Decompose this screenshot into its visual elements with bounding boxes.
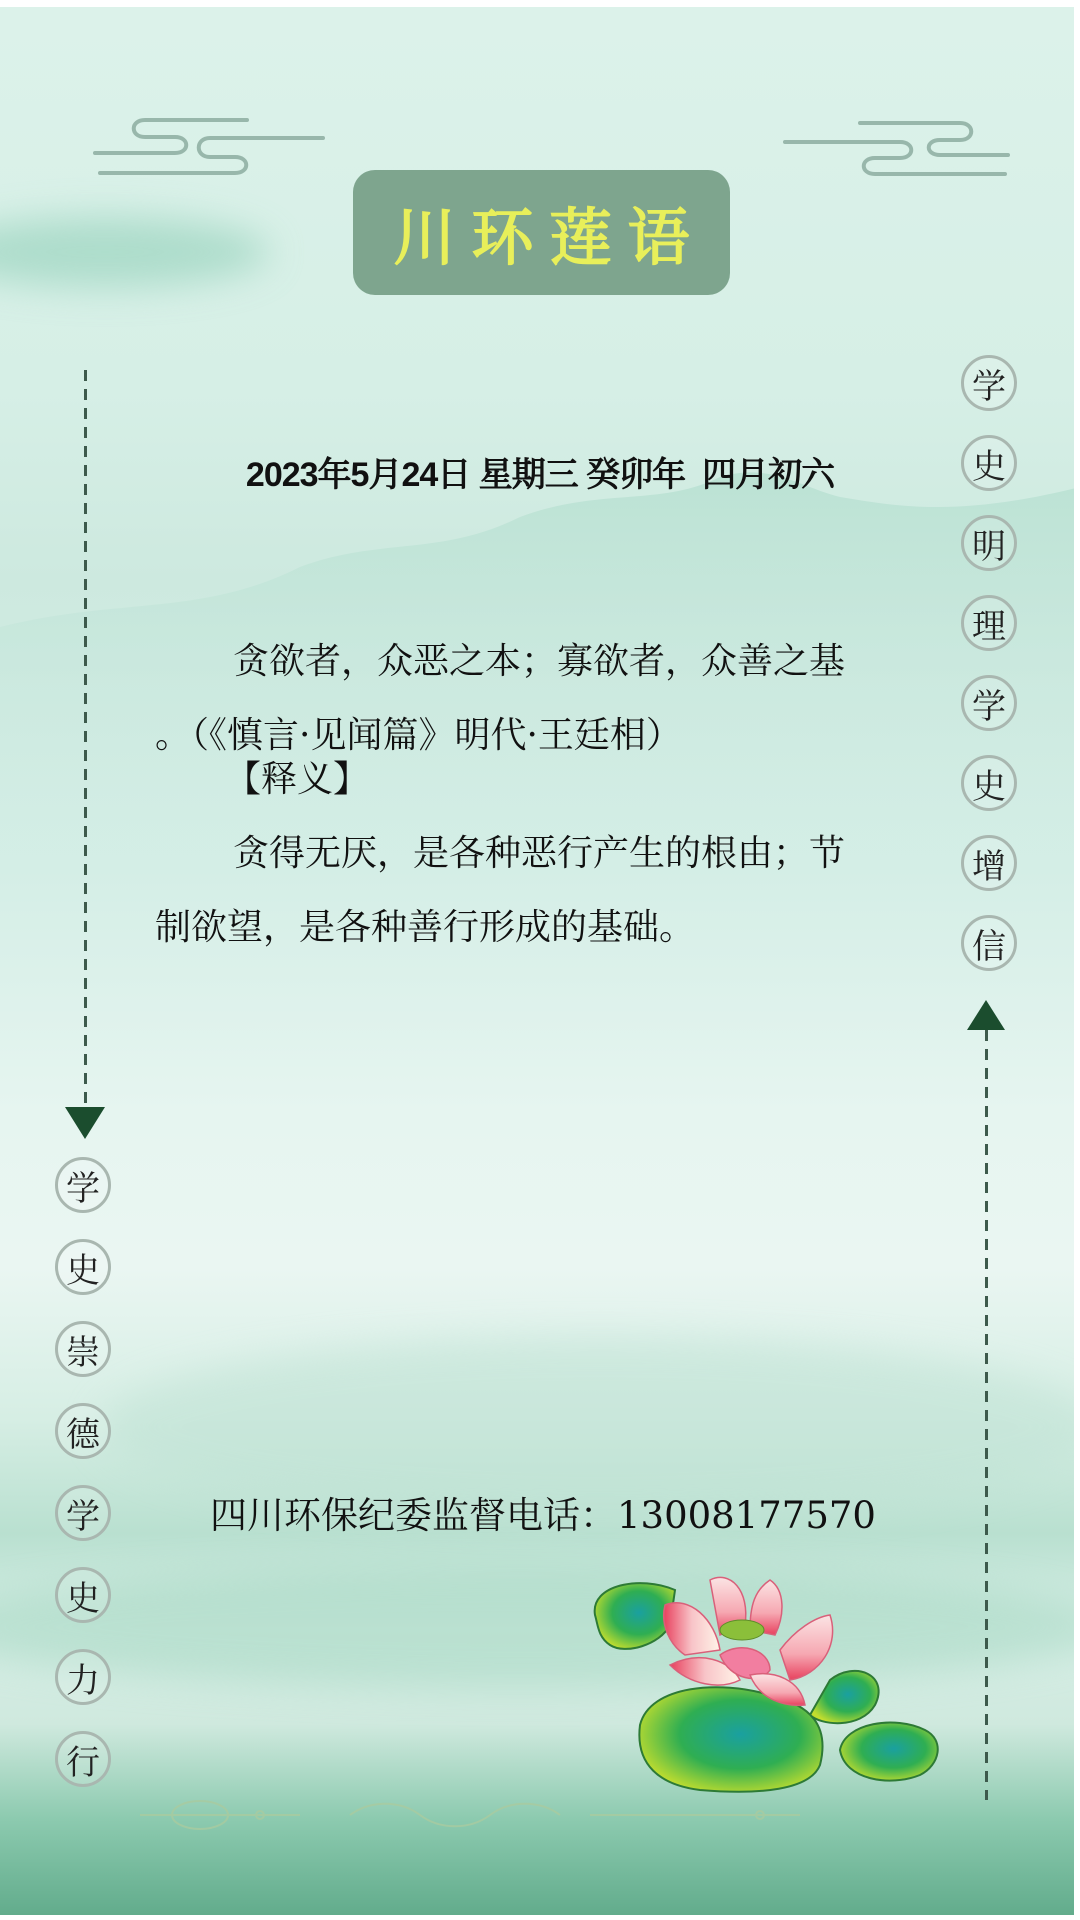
motto-char: 学: [55, 1157, 111, 1213]
motto-char: 史: [55, 1239, 111, 1295]
motto-char: 德: [55, 1403, 111, 1459]
motto-char: 史: [961, 435, 1017, 491]
motto-char: 学: [961, 675, 1017, 731]
right-dashed-line: [985, 1030, 988, 1800]
quote-line-1: 贪欲者，众恶之本；寡欲者，众善之基: [155, 625, 925, 699]
motto-char: 史: [55, 1567, 111, 1623]
poster: 川环莲语 2023年5月24日 星期三 癸卯年 四月初六 贪欲者，众恶之本；寡欲…: [0, 7, 1074, 1915]
triangle-down-icon: [65, 1107, 105, 1139]
right-motto: 学 史 明 理 学 史 增 信: [961, 355, 1017, 971]
cloud-left-icon: [85, 105, 335, 185]
explanation-block: 【释义】 贪得无厌，是各种恶行产生的根由；节 制欲望，是各种善行形成的基础。: [155, 743, 925, 965]
page-title: 川环莲语: [377, 188, 705, 277]
hotline-text: 四川环保纪委监督电话：13008177570: [210, 1485, 876, 1539]
date-line: 2023年5月24日 星期三 癸卯年 四月初六: [0, 447, 1074, 496]
motto-char: 学: [55, 1485, 111, 1541]
motto-char: 理: [961, 595, 1017, 651]
motto-char: 学: [961, 355, 1017, 411]
left-motto: 学 史 崇 德 学 史 力 行: [55, 1157, 111, 1787]
mist-top-left: [0, 217, 270, 287]
title-banner: 川环莲语: [353, 170, 730, 295]
triangle-up-icon: [967, 1000, 1005, 1030]
explanation-line-2: 制欲望，是各种善行形成的基础。: [155, 891, 925, 965]
motto-char: 行: [55, 1731, 111, 1787]
explanation-line-1: 贪得无厌，是各种恶行产生的根由；节: [155, 817, 925, 891]
motto-char: 力: [55, 1649, 111, 1705]
motto-char: 信: [961, 915, 1017, 971]
motto-char: 明: [961, 515, 1017, 571]
motto-char: 史: [961, 755, 1017, 811]
cloud-right-icon: [780, 110, 1030, 190]
lotus-flower-icon: [580, 1555, 960, 1795]
explanation-heading: 【释义】: [155, 743, 925, 817]
motto-char: 崇: [55, 1321, 111, 1377]
ornament-divider: [140, 1795, 940, 1835]
left-dashed-line: [84, 370, 87, 1105]
motto-char: 增: [961, 835, 1017, 891]
